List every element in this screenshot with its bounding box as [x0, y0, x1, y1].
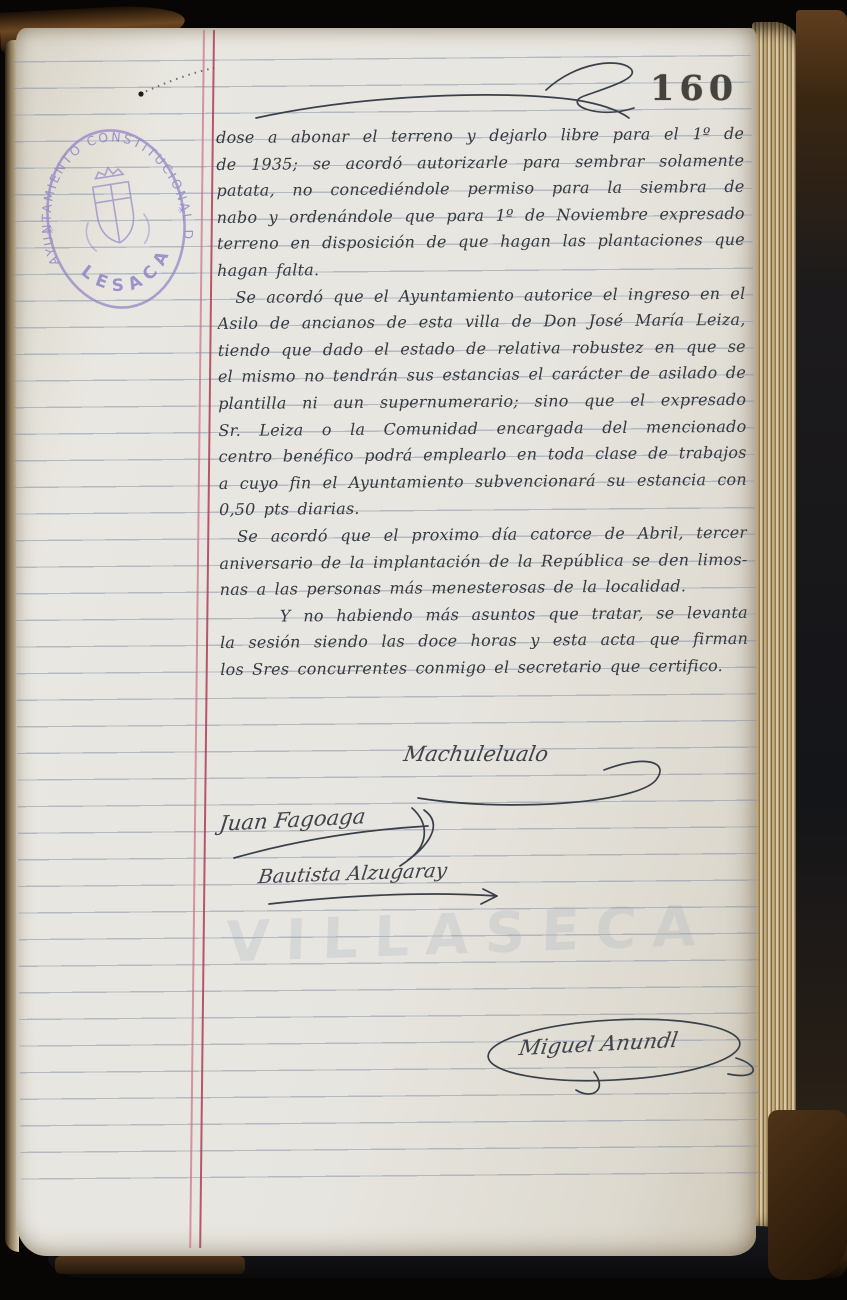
acta-line: tiendo que dado el estado de relativa ro… [218, 334, 746, 365]
signature-miguel: Miguel Anundl [474, 1008, 774, 1103]
acta-line: hagan falta. [217, 254, 745, 285]
acta-line: centro benéfico podrá emplearlo en toda … [219, 440, 747, 471]
acta-line: nabo y ordenándole que para 1º de Noviem… [217, 201, 745, 232]
manuscript-page: AYUNTAMIENTO CONSTITUCIONAL DE LESACA ✳ … [16, 28, 756, 1256]
acta-line: el mismo no tendrán sus estancias el car… [218, 360, 746, 391]
acta-line: aniversario de la implantación de la Rep… [219, 546, 747, 577]
book-cover-right [796, 10, 847, 1278]
acta-line: Se acordó que el proximo día catorce de … [219, 520, 747, 551]
acta-line: plantilla ni aun supernumerario; sino qu… [218, 387, 746, 418]
svg-text:AYUNTAMIENTO CONSTITUCIONAL DE: AYUNTAMIENTO CONSTITUCIONAL DE [21, 109, 198, 270]
book-edge-bottom-left [55, 1256, 245, 1274]
page-number: 160 [650, 68, 738, 109]
acta-line: Asilo de ancianos de esta villa de Don J… [217, 307, 745, 338]
acta-line: a cuyo fin el Ayuntamiento subvencionará… [219, 467, 747, 498]
acta-line: 0,50 pts diarias. [219, 493, 747, 524]
acta-line: nas a las personas más menesterosas de l… [220, 573, 748, 604]
stamp-crest-icon [77, 163, 152, 253]
ink-smudge-icon [132, 60, 220, 102]
stamp-star-right: ✳ [176, 203, 187, 217]
book-photo: AYUNTAMIENTO CONSTITUCIONAL DE LESACA ✳ … [0, 0, 847, 1300]
pen-flourish-icon [246, 56, 656, 128]
stamp-town-name: LESACA [73, 240, 182, 304]
acta-line: Y no habiendo más asuntos que tratar, se… [220, 600, 748, 631]
acta-line: patata, no concediéndole permiso para la… [216, 174, 744, 205]
acta-line: Se acordó que el Ayuntamiento autorice e… [217, 280, 745, 311]
signature-oval-flourish-icon [474, 1008, 774, 1103]
stamp-star-left: ✳ [44, 224, 55, 238]
signature-underline-icon [251, 856, 531, 936]
acta-line: los Sres concurrentes conmigo el secreta… [220, 653, 748, 684]
stamp-arc-text: AYUNTAMIENTO CONSTITUCIONAL DE [21, 109, 198, 270]
acta-line: terreno en disposición de que hagan las … [217, 227, 745, 258]
acta-line: dose a abonar el terreno y dejarlo libre… [216, 121, 744, 152]
acta-line: la sesión siendo las doce horas y esta a… [220, 626, 748, 657]
acta-line: de 1935; se acordó autorizarle para semb… [216, 147, 744, 178]
acta-line: Sr. Leiza o la Comunidad encargada del m… [218, 413, 746, 444]
svg-text:LESACA: LESACA [73, 240, 182, 304]
signature-bautista-alzugaray: Bautista Alzugaray [251, 856, 531, 936]
ayuntamiento-stamp: AYUNTAMIENTO CONSTITUCIONAL DE LESACA ✳ … [21, 109, 210, 330]
book-edge-bottom-right [768, 1110, 847, 1280]
acta-body: dose a abonar el terreno y dejarlo libre… [216, 121, 748, 684]
